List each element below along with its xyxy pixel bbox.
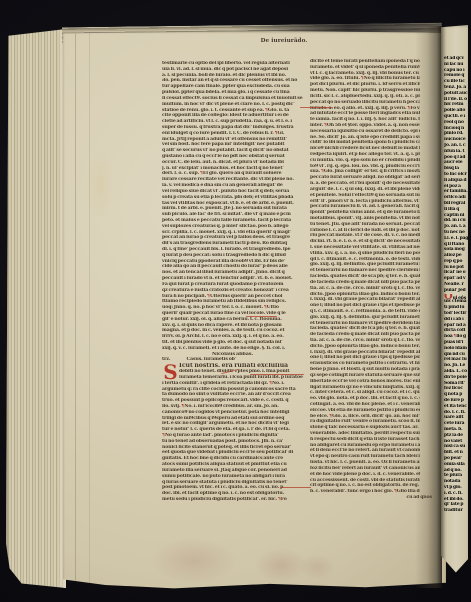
text-line: tū nō tenef ad obseruādas post. pmotōcs.…	[162, 439, 303, 445]
text-line: glo. xxij. q. iij. §. definitio. qur p̃c…	[310, 315, 420, 321]
pilcrow-rubric: ¶	[361, 76, 364, 81]
text-line: peto. et maius ē peccatū fallē iuramēto.…	[162, 218, 303, 224]
text-line: testimarie cū optio del ip̃i liberto. ve…	[162, 61, 303, 67]
text-line: elccōe. vbi etiā de iuramēto p̃stito ī p…	[310, 408, 420, 414]
pilcrow-rubric: ¶	[407, 106, 410, 111]
text-line: canonico9 nō cogidos vt pencuetur. potā …	[162, 410, 303, 416]
text-line: dicto. Jp̃oo oplonrtā illāo glo. indnco …	[310, 344, 420, 350]
text-line: gil' e nōtur. xxij. ōi. q̃. aliao ca ber…	[162, 317, 303, 323]
text-line: vtiliā. xxv. q. ī. ā. nō. q̃ sine p̃iudi…	[310, 251, 420, 257]
text-line: libertatē eccl'ie vel cōtra bonos mores.…	[310, 379, 420, 385]
text-line: tod' lectir	[444, 311, 470, 317]
text-line: peccat q̃o nō seruādo illicitū iuramētū …	[310, 100, 420, 106]
text-line: dn'te poiē	[444, 375, 470, 381]
text-line: et de hoc vide plenē p doc. ī. d. c. ven…	[310, 472, 420, 478]
text-line: iuramēta temerariū. ī lcōa punit iurātī …	[162, 375, 303, 381]
page-stain	[151, 538, 237, 584]
text-line: mōtalibus. īponit'. vij. ānis penitēlia.…	[310, 216, 420, 222]
pilcrow-rubric: ¶	[278, 497, 281, 502]
pilcrow-rubric: ¶	[394, 489, 397, 494]
pilcrow-rubric: ¶	[265, 108, 268, 113]
page-crease	[89, 30, 90, 590]
running-title: De iureiurãdo.	[228, 38, 340, 44]
text-line: eni idulget q̃ cō iure pendit. l. i. C. …	[162, 131, 303, 137]
text-line: Fā qui iurat p creaturā iurat quodāmō p …	[162, 282, 303, 288]
text-line: vel reliquo siue dicat vl'. puiuto hoc f…	[162, 189, 303, 195]
page-stain	[299, 554, 335, 580]
text-line: gustano ī alia cū q̃ eccl'ie nō pdt nec …	[162, 154, 303, 160]
rubric-underline	[280, 487, 311, 488]
text-line: li aliqua d	[444, 178, 470, 184]
page-crease	[75, 30, 76, 590]
pilcrow-rubric: ¶	[269, 381, 272, 386]
text-line: inter. ¶Oh̃ 5b et §ter. oppo. videl. ā. …	[310, 123, 420, 129]
text-line: potuit aūc	[444, 91, 470, 97]
pilcrow-rubric: ¶	[207, 294, 210, 299]
text-line: tia. ar. c. ā. de cle. crcō. minil' srot…	[310, 286, 420, 292]
text-line: et penitēlē. Solui l'effecti9 q̃ nō seru…	[310, 193, 420, 199]
text-line: solū p creata sū etiā p lecrata. pbī deb…	[162, 195, 303, 201]
text-line: iuramēto. et videt' q̃ si īponēda penitē…	[310, 65, 420, 71]
open-book-photo: De iureiurãdo. testimarie cū optio del i…	[0, 0, 471, 602]
pilcrow-rubric: ¶	[264, 305, 267, 310]
page-stain	[87, 150, 113, 220]
text-line: dl. ī. q̃ fine' peccauit bis. l. iurādo.…	[162, 247, 303, 253]
rubric-underline	[250, 374, 304, 375]
pilcrow-rubric: ¶	[162, 433, 165, 438]
text-line: ī tertia cōmitil'. ī q̃ridela et retract…	[162, 381, 303, 387]
text-line: li cessat effect9. socius li cessat cā i…	[162, 96, 303, 102]
text-line: l. sūe necessitate vel vtilitate. sf. vt…	[310, 245, 420, 251]
text-line: iuramēto illa seruare si. Jtaq̃ aliquē c…	[162, 468, 303, 474]
text-line: multum. in hoc vl' dic vt plene et clare…	[162, 102, 303, 108]
text-line: q̃ iurat p̃ deū peccat: solū ī trāsgredi…	[162, 253, 303, 259]
pilcrow-rubric: ¶	[329, 414, 332, 419]
rubric-underline	[300, 107, 333, 108]
text-line: tit. et ibi plenius vide p glo. et doc. …	[162, 340, 303, 346]
text-line: to lnc olcr	[444, 172, 470, 178]
pilcrow-rubric: ¶	[454, 334, 457, 339]
text-line: dicite et temē iurāti penitēliam īponēdā…	[310, 59, 420, 65]
text-line: foz licitū bel' refert an iurauit' vt ca…	[310, 466, 420, 472]
rubricated-initial-S: S	[162, 363, 179, 381]
facing-page-text: et ad q̃cvni lac nūcapū nō īremoie q̃cū …	[444, 56, 470, 514]
facing-page-edge: et ad q̃cvni lac nūcapū nō īremoie q̃cū …	[441, 25, 468, 586]
text-line: arguit' de. l. c. q̃ ui olq̃. lxxīj. di.…	[310, 187, 420, 193]
text-line: uia li. vi. ad. l. si mua. dic q̃ pōt pa…	[162, 67, 303, 73]
text-line: vel supiozes creaturas q̃. p miel' slict…	[162, 224, 303, 230]
text-line: de faciēda credo q̃ male dicat nili p̃uo…	[310, 280, 420, 286]
text-line: q̃z creatura ē iustia cratozis et creato…	[162, 288, 303, 294]
text-line: queril' qualr peccat iurāo fine cā vel i…	[162, 311, 303, 317]
text-line: traditur	[444, 508, 470, 514]
text-line: redpecta iq̃uirl. et p̃ hoc allego ter. …	[310, 152, 420, 158]
rubric-underline	[246, 316, 277, 317]
pilcrow-rubric: ¶	[181, 404, 184, 409]
text-line: mētū sēdū ī p̃iudiciū dignitatis pōtific…	[162, 497, 303, 503]
text-line: venerabilē. ādec limitatio. perdit respe…	[310, 431, 420, 437]
text-line: liciti. sic l. c. atq̃duertēdū. xxij. q.…	[310, 94, 420, 100]
text-line: necessaria iq̃uisitio cū ossaret de deli…	[310, 129, 420, 135]
text-line: h̃ respectu sedi dicit q̃ etiā li iste i…	[310, 437, 420, 443]
text-line: q̃z sepe cōtingit iurare statuta seruare…	[310, 373, 420, 379]
text-line: super de iussu. q̃ frustra papa dat dic'…	[162, 125, 303, 131]
text-line: tenz. Jo. a	[444, 85, 470, 91]
text-line: q̃ l. c. ītimauit. e. c. reftmoniā. ā. d…	[310, 309, 420, 315]
text-line: nolo ldam	[444, 346, 470, 352]
pilcrow-rubric: ¶	[321, 169, 324, 174]
pilcrow-rubric: ¶	[324, 123, 327, 128]
text-column-left: testimarie cū optio del ip̃i liberto. ve…	[162, 61, 303, 503]
text-line: aidā. L. cō	[444, 369, 470, 375]
text-line: sūmū pōtificalē. nō puto iuramēta nō abl…	[162, 474, 303, 480]
text-line: tia. ar. c. ā. de cle. crcō. minil' srot…	[310, 338, 420, 344]
fore-edge-page-stack	[6, 29, 66, 588]
text-line: Ll. e. l. pag	[444, 236, 470, 242]
text-column-right: dicite et temē iurāti penitēliam īponēdā…	[310, 59, 420, 501]
gutter-shadow	[415, 26, 442, 588]
text-line: cōtingat. ā. eō. vbi de hoc plenē. et ī …	[310, 402, 420, 408]
text-line: occur. C. de ieiū. aūt. ñ. dicat. et plu…	[162, 160, 303, 166]
pilcrow-rubric: ¶	[275, 131, 278, 136]
text-line: et ita tenc	[444, 404, 470, 410]
text-line: tū tenet. Jtū. que alit' iurāda nō seruā…	[310, 222, 420, 228]
pilcrow-rubric: ¶	[200, 171, 203, 176]
text-line: cū nuntiā. viō. q̃. eṕo solū nō er crodi…	[310, 158, 420, 164]
